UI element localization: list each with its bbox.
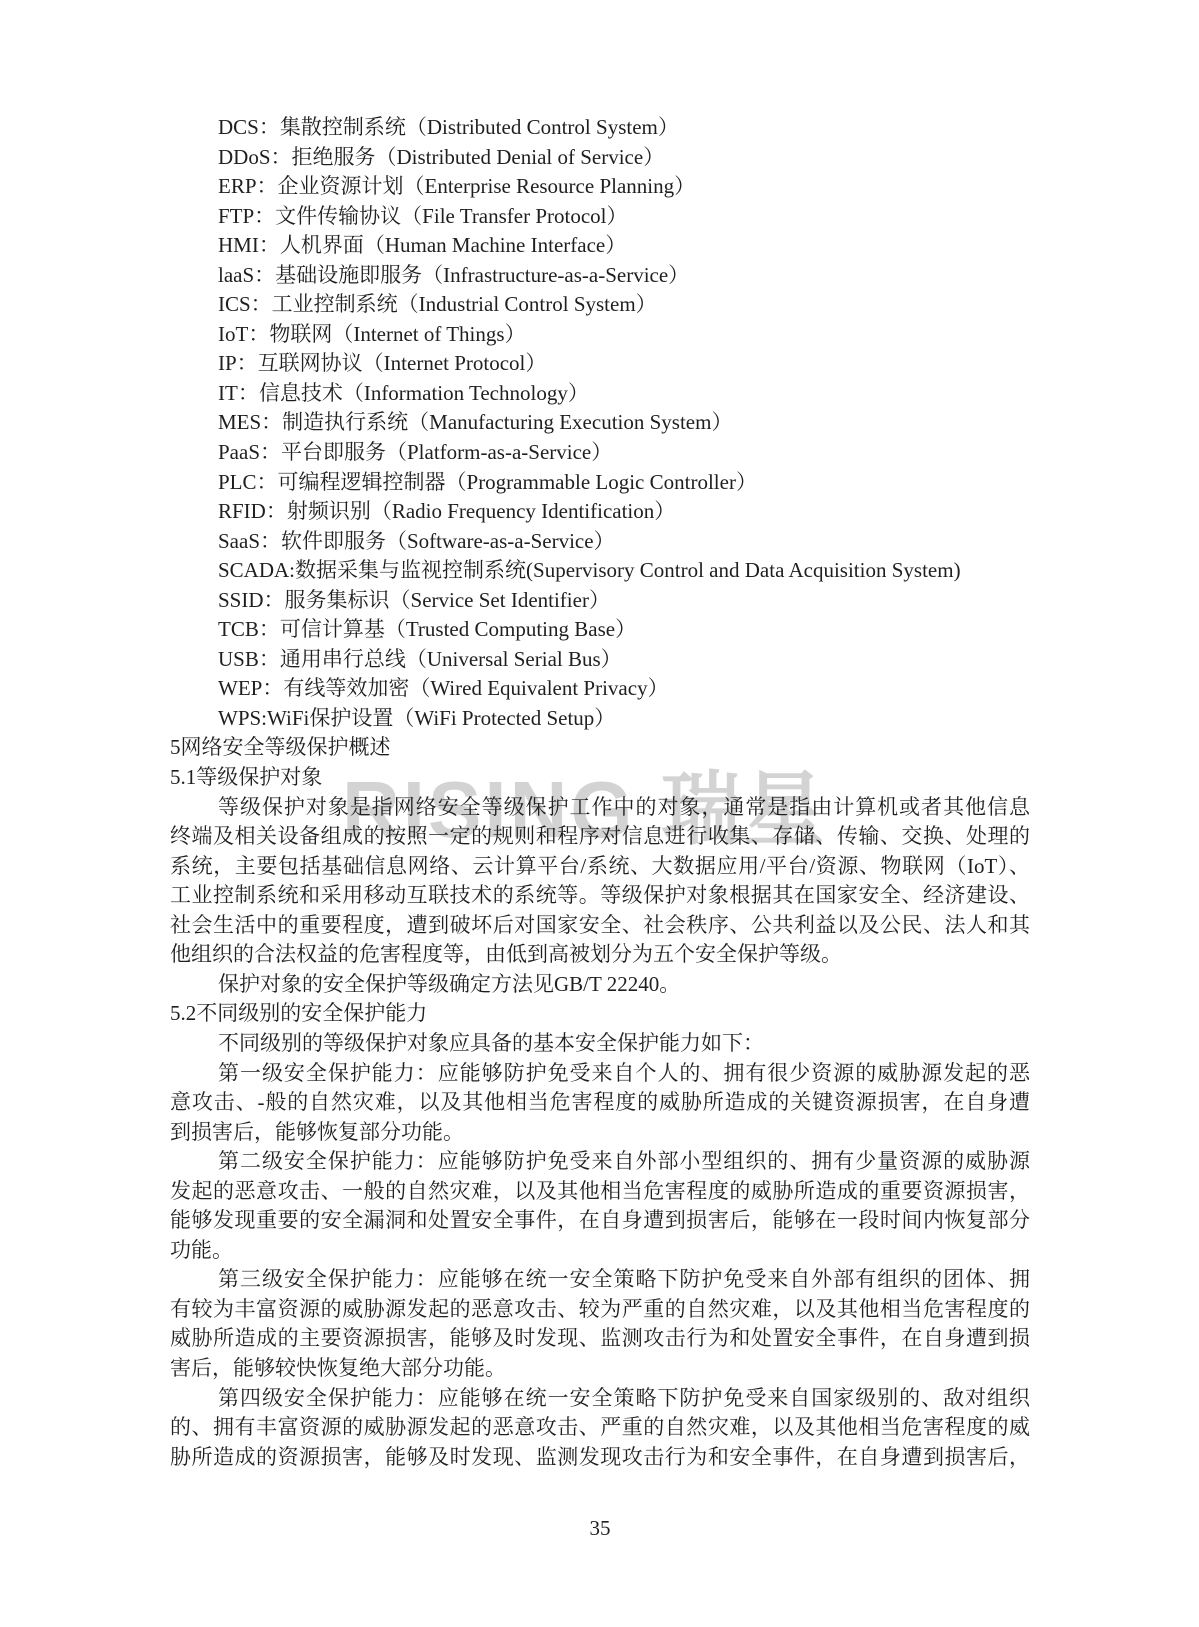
text-line: 工业控制系统和采用移动互联技术的系统等。等级保护对象根据其在国家安全、经济建设、 [170, 881, 1030, 911]
text-line: ICS：工业控制系统（Industrial Control System） [170, 290, 1030, 320]
text-line: DCS：集散控制系统（Distributed Control System） [170, 113, 1030, 143]
text-line: 意攻击、-般的自然灾难，以及其他相当危害程度的威胁所造成的关键资源损害，在自身遭 [170, 1088, 1030, 1118]
text-line: SSID：服务集标识（Service Set Identifier） [170, 586, 1030, 616]
text-line: ERP：企业资源计划（Enterprise Resource Planning） [170, 172, 1030, 202]
text-lines: DCS：集散控制系统（Distributed Control System）DD… [170, 113, 1030, 1472]
text-line: PaaS：平台即服务（Platform-as-a-Service） [170, 438, 1030, 468]
text-line: 终端及相关设备组成的按照一定的规则和程序对信息进行收集、存储、传输、交换、处理的 [170, 822, 1030, 852]
text-line: 发起的恶意攻击、一般的自然灾难，以及其他相当危害程度的威胁所造成的重要资源损害， [170, 1177, 1030, 1207]
text-line: laaS：基础设施即服务（Infrastructure-as-a-Service… [170, 261, 1030, 291]
text-line: 5.1等级保护对象 [170, 763, 1030, 793]
text-line: IP：互联网协议（Internet Protocol） [170, 349, 1030, 379]
text-line: 系统，主要包括基础信息网络、云计算平台/系统、大数据应用/平台/资源、物联网（I… [170, 852, 1030, 882]
text-line: PLC：可编程逻辑控制器（Programmable Logic Controll… [170, 468, 1030, 498]
text-line: 功能。 [170, 1236, 1030, 1266]
text-line: SCADA:数据采集与监视控制系统(Supervisory Control an… [170, 556, 1030, 586]
text-line: 等级保护对象是指网络安全等级保护工作中的对象，通常是指由计算机或者其他信息 [170, 793, 1030, 823]
text-line: 第一级安全保护能力：应能够防护免受来自个人的、拥有很少资源的威胁源发起的恶 [170, 1059, 1030, 1089]
text-line: 能够发现重要的安全漏洞和处置安全事件，在自身遭到损害后，能够在一段时间内恢复部分 [170, 1206, 1030, 1236]
text-line: 5.2不同级别的安全保护能力 [170, 999, 1030, 1029]
text-line: IoT：物联网（Internet of Things） [170, 320, 1030, 350]
text-line: WEP：有线等效加密（Wired Equivalent Privacy） [170, 674, 1030, 704]
text-line: 第三级安全保护能力：应能够在统一安全策略下防护免受来自外部有组织的团体、拥 [170, 1265, 1030, 1295]
text-line: 第二级安全保护能力：应能够防护免受来自外部小型组织的、拥有少量资源的威胁源 [170, 1147, 1030, 1177]
text-line: 5网络安全等级保护概述 [170, 733, 1030, 763]
text-line: 的、拥有丰富资源的威胁源发起的恶意攻击、严重的自然灾难，以及其他相当危害程度的威 [170, 1413, 1030, 1443]
text-line: 到损害后，能够恢复部分功能。 [170, 1118, 1030, 1148]
text-line: SaaS：软件即服务（Software-as-a-Service） [170, 527, 1030, 557]
text-line: 不同级别的等级保护对象应具备的基本安全保护能力如下： [170, 1029, 1030, 1059]
text-line: WPS:WiFi保护设置（WiFi Protected Setup） [170, 704, 1030, 734]
text-line: FTP：文件传输协议（File Transfer Protocol） [170, 202, 1030, 232]
document-content: DCS：集散控制系统（Distributed Control System）DD… [170, 113, 1030, 1541]
text-line: 胁所造成的资源损害，能够及时发现、监测发现攻击行为和安全事件，在自身遭到损害后， [170, 1443, 1030, 1473]
text-line: USB：通用串行总线（Universal Serial Bus） [170, 645, 1030, 675]
document-page: RISING 瑞星 DCS：集散控制系统（Distributed Control… [0, 0, 1199, 1627]
text-line: 害后，能够较快恢复绝大部分功能。 [170, 1354, 1030, 1384]
text-line: HMI：人机界面（Human Machine Interface） [170, 231, 1030, 261]
text-line: 威胁所造成的主要资源损害，能够及时发现、监测攻击行为和处置安全事件，在自身遭到损 [170, 1324, 1030, 1354]
text-line: 有较为丰富资源的威胁源发起的恶意攻击、较为严重的自然灾难，以及其他相当危害程度的 [170, 1295, 1030, 1325]
page-number: 35 [170, 1516, 1030, 1541]
text-line: 社会生活中的重要程度，遭到破坏后对国家安全、社会秩序、公共利益以及公民、法人和其 [170, 911, 1030, 941]
text-line: DDoS：拒绝服务（Distributed Denial of Service） [170, 143, 1030, 173]
text-line: 第四级安全保护能力：应能够在统一安全策略下防护免受来自国家级别的、敌对组织 [170, 1384, 1030, 1414]
text-line: IT：信息技术（Information Technology） [170, 379, 1030, 409]
text-line: RFID：射频识别（Radio Frequency Identification… [170, 497, 1030, 527]
text-line: TCB：可信计算基（Trusted Computing Base） [170, 615, 1030, 645]
text-line: MES：制造执行系统（Manufacturing Execution Syste… [170, 408, 1030, 438]
text-line: 他组织的合法权益的危害程度等，由低到高被划分为五个安全保护等级。 [170, 940, 1030, 970]
text-line: 保护对象的安全保护等级确定方法见GB/T 22240。 [170, 970, 1030, 1000]
